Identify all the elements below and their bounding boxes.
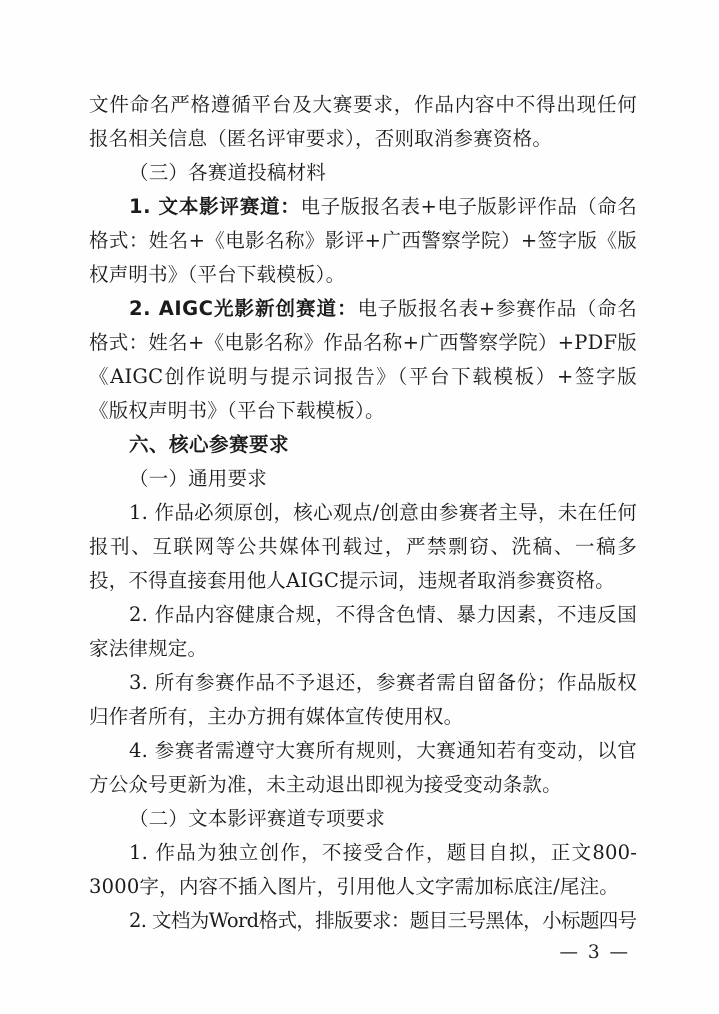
heading-section-6-core-requirements: 六、核心参赛要求 xyxy=(89,428,637,462)
track2-bold-label: 2. AIGC光影新创赛道： xyxy=(129,297,358,320)
scanned-document-page: 文件命名严格遵循平台及大赛要求，作品内容中不得出现任何报名相关信息（匿名评审要求… xyxy=(0,0,719,1014)
paragraph-general-requirement-3: 3. 所有参赛作品不予退还，参赛者需自留备份；作品版权归作者所有，主办方拥有媒体… xyxy=(89,666,637,734)
heading-general-requirements: （一）通用要求 xyxy=(89,462,637,496)
paragraph-text-track-requirement-1: 1. 作品为独立创作，不接受合作，题目自拟，正文800-3000字，内容不插入图… xyxy=(89,836,637,904)
track1-bold-label: 1. 文本影评赛道： xyxy=(129,195,301,218)
paragraph-track1-materials: 1. 文本影评赛道：电子版报名表+电子版影评作品（命名格式：姓名+《电影名称》影… xyxy=(89,190,637,292)
heading-text-track-requirements: （二）文本影评赛道专项要求 xyxy=(89,802,637,836)
paragraph-general-requirement-4: 4. 参赛者需遵守大赛所有规则，大赛通知若有变动，以官方公众号更新为准，未主动退… xyxy=(89,734,637,802)
paragraph-text-track-requirement-2: 2. 文档为Word格式，排版要求：题目三号黑体，小标题四号 xyxy=(89,904,637,938)
paragraph-general-requirement-1: 1. 作品必须原创，核心观点/创意由参赛者主导，未在任何报刊、互联网等公共媒体刊… xyxy=(89,496,637,598)
page-number: — 3 — xyxy=(559,942,630,963)
document-body: 文件命名严格遵循平台及大赛要求，作品内容中不得出现任何报名相关信息（匿名评审要求… xyxy=(89,88,637,938)
heading-section-3-materials: （三）各赛道投稿材料 xyxy=(89,156,637,190)
paragraph-general-requirement-2: 2. 作品内容健康合规，不得含色情、暴力因素，不违反国家法律规定。 xyxy=(89,598,637,666)
paragraph-continuation: 文件命名严格遵循平台及大赛要求，作品内容中不得出现任何报名相关信息（匿名评审要求… xyxy=(89,88,637,156)
paragraph-track2-materials: 2. AIGC光影新创赛道：电子版报名表+参赛作品（命名格式：姓名+《电影名称》… xyxy=(89,292,637,428)
